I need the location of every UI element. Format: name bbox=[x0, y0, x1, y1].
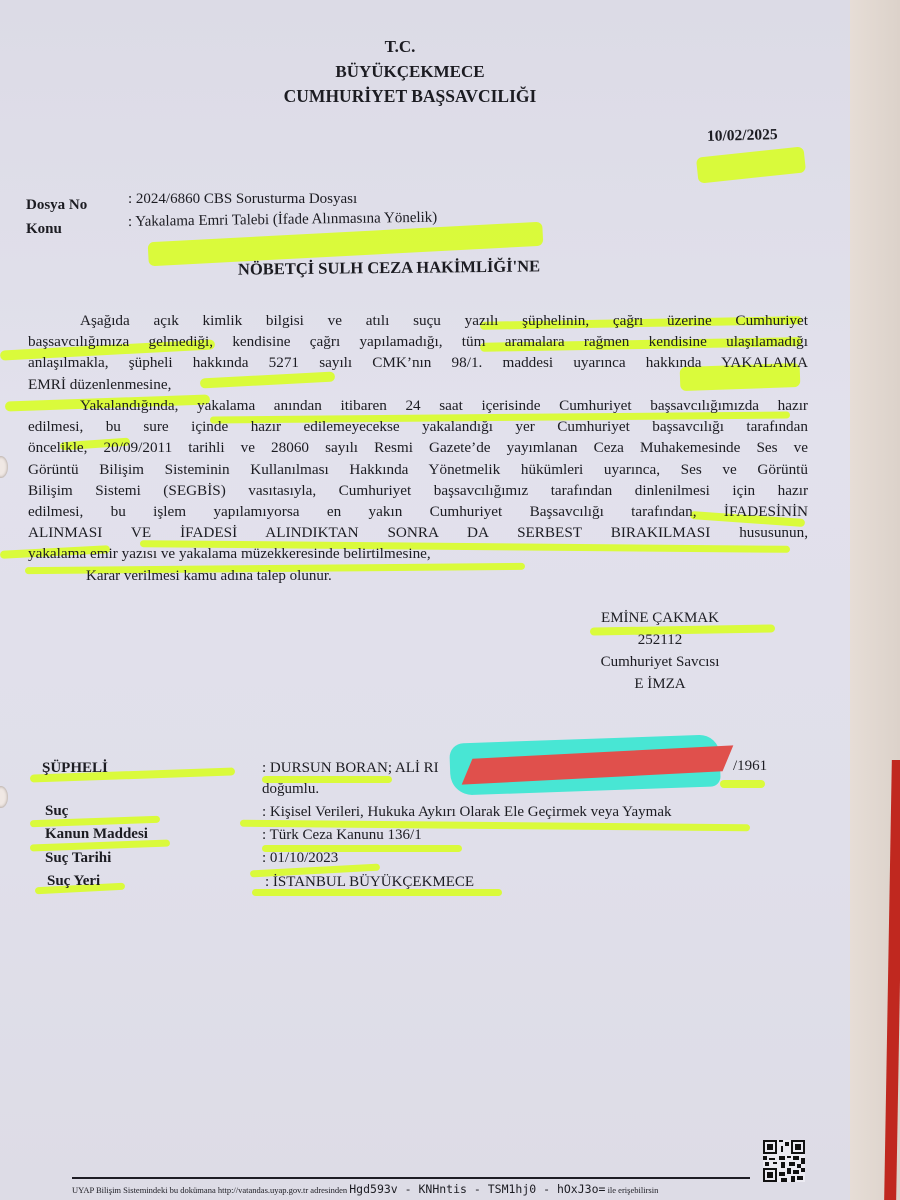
detail-label-crime-place: Suç Yeri bbox=[47, 873, 100, 890]
detail-value-law: : Türk Ceza Kanunu 136/1 bbox=[262, 827, 422, 844]
footer-prefix: UYAP Bilişim Sistemindeki bu dokümana ht… bbox=[72, 1185, 347, 1195]
detail-value-suspect: : DURSUN BORAN; ALİ RI bbox=[262, 760, 439, 777]
punch-hole bbox=[0, 456, 8, 478]
paragraph-instructions: Yakalandığında, yakalama anından itibare… bbox=[28, 395, 808, 565]
qr-code-icon bbox=[763, 1140, 805, 1182]
signer-title: Cumhuriyet Savcısı bbox=[560, 651, 760, 673]
detail-label-crime-date: Suç Tarihi bbox=[45, 850, 111, 867]
paragraph-request: Aşağıda açık kimlik bilgisi ve atılı suç… bbox=[28, 310, 808, 395]
paragraph-line: Aşağıda açık kimlik bilgisi ve atılı suç… bbox=[28, 310, 808, 331]
paragraph-line: öncelikle, 20/09/2011 tarihli ve 28060 s… bbox=[28, 437, 808, 458]
dosya-label: Dosya No bbox=[26, 197, 87, 214]
detail-value-crime-date: : 01/10/2023 bbox=[262, 850, 338, 867]
detail-label-suspect: ŞÜPHELİ bbox=[42, 760, 108, 777]
document-date: 10/02/2025 bbox=[707, 126, 778, 146]
paragraph-line: Bilişim Sistemi (SEGBİS) vasıtasıyla, Cu… bbox=[28, 480, 808, 501]
document-page: T.C. BÜYÜKÇEKMECE CUMHURİYET BAŞSAVCILIĞ… bbox=[0, 0, 850, 1200]
punch-hole bbox=[0, 786, 8, 808]
paragraph-line: anlaşılmakla, şüpheli hakkında 5271 sayı… bbox=[28, 352, 808, 373]
highlight-mark bbox=[720, 780, 765, 788]
header-tc: T.C. bbox=[0, 37, 800, 57]
signer-number: 252112 bbox=[560, 629, 760, 651]
detail-value-suspect-birth-year: /1961 bbox=[733, 758, 767, 775]
detail-label-crime: Suç bbox=[45, 803, 68, 820]
footer-suffix: ile erişebilirsin bbox=[608, 1185, 659, 1195]
konu-value: : Yakalama Emri Talebi (İfade Alınmasına… bbox=[128, 210, 438, 231]
footer-verification: UYAP Bilişim Sistemindeki bu dokümana ht… bbox=[72, 1182, 658, 1196]
signer-name: EMİNE ÇAKMAK bbox=[560, 607, 760, 629]
detail-value-suspect-line2: doğumlu. bbox=[262, 781, 319, 798]
paragraph-line: EMRİ düzenlenmesine, bbox=[28, 374, 808, 395]
closing-sentence: Karar verilmesi kamu adına talep olunur. bbox=[86, 568, 332, 585]
paragraph-line: başsavcılığımıza gelmediği, kendisine ça… bbox=[28, 331, 808, 352]
signature-block: EMİNE ÇAKMAK 252112 Cumhuriyet Savcısı E… bbox=[560, 607, 760, 695]
header-office: CUMHURİYET BAŞSAVCILIĞI bbox=[10, 86, 810, 107]
paragraph-line: edilmesi, bu sure içinde hazır edilemeye… bbox=[28, 416, 808, 437]
detail-label-law: Kanun Maddesi bbox=[45, 826, 148, 843]
dosya-value: : 2024/6860 CBS Sorusturma Dosyası bbox=[128, 191, 357, 208]
detail-value-crime-place: : İSTANBUL BÜYÜKÇEKMECE bbox=[265, 874, 474, 891]
highlight-mark bbox=[696, 146, 806, 183]
verification-code: Hgd593v - KNHntis - TSM1hj0 - hOxJ3o= bbox=[349, 1182, 605, 1196]
detail-value-crime: : Kişisel Verileri, Hukuka Aykırı Olarak… bbox=[262, 804, 672, 821]
footer-divider bbox=[72, 1177, 750, 1179]
header-city: BÜYÜKÇEKMECE bbox=[10, 62, 810, 82]
paragraph-line: edilmesi, bu işlem yapılamıyorsa en yakı… bbox=[28, 501, 808, 522]
paragraph-line: ALINMASI VE İFADESİ ALINDIKTAN SONRA DA … bbox=[28, 522, 808, 543]
paragraph-line: Görüntü Bilişim Sisteminin Kullanılması … bbox=[28, 459, 808, 480]
paragraph-line: yakalama emir yazısı ve yakalama müzekke… bbox=[28, 543, 808, 564]
addressee: NÖBETÇİ SULH CEZA HAKİMLİĞİ'NE bbox=[238, 256, 540, 279]
paragraph-line: Yakalandığında, yakalama anından itibare… bbox=[28, 395, 808, 416]
konu-label: Konu bbox=[26, 221, 62, 238]
e-signature: E İMZA bbox=[560, 673, 760, 695]
